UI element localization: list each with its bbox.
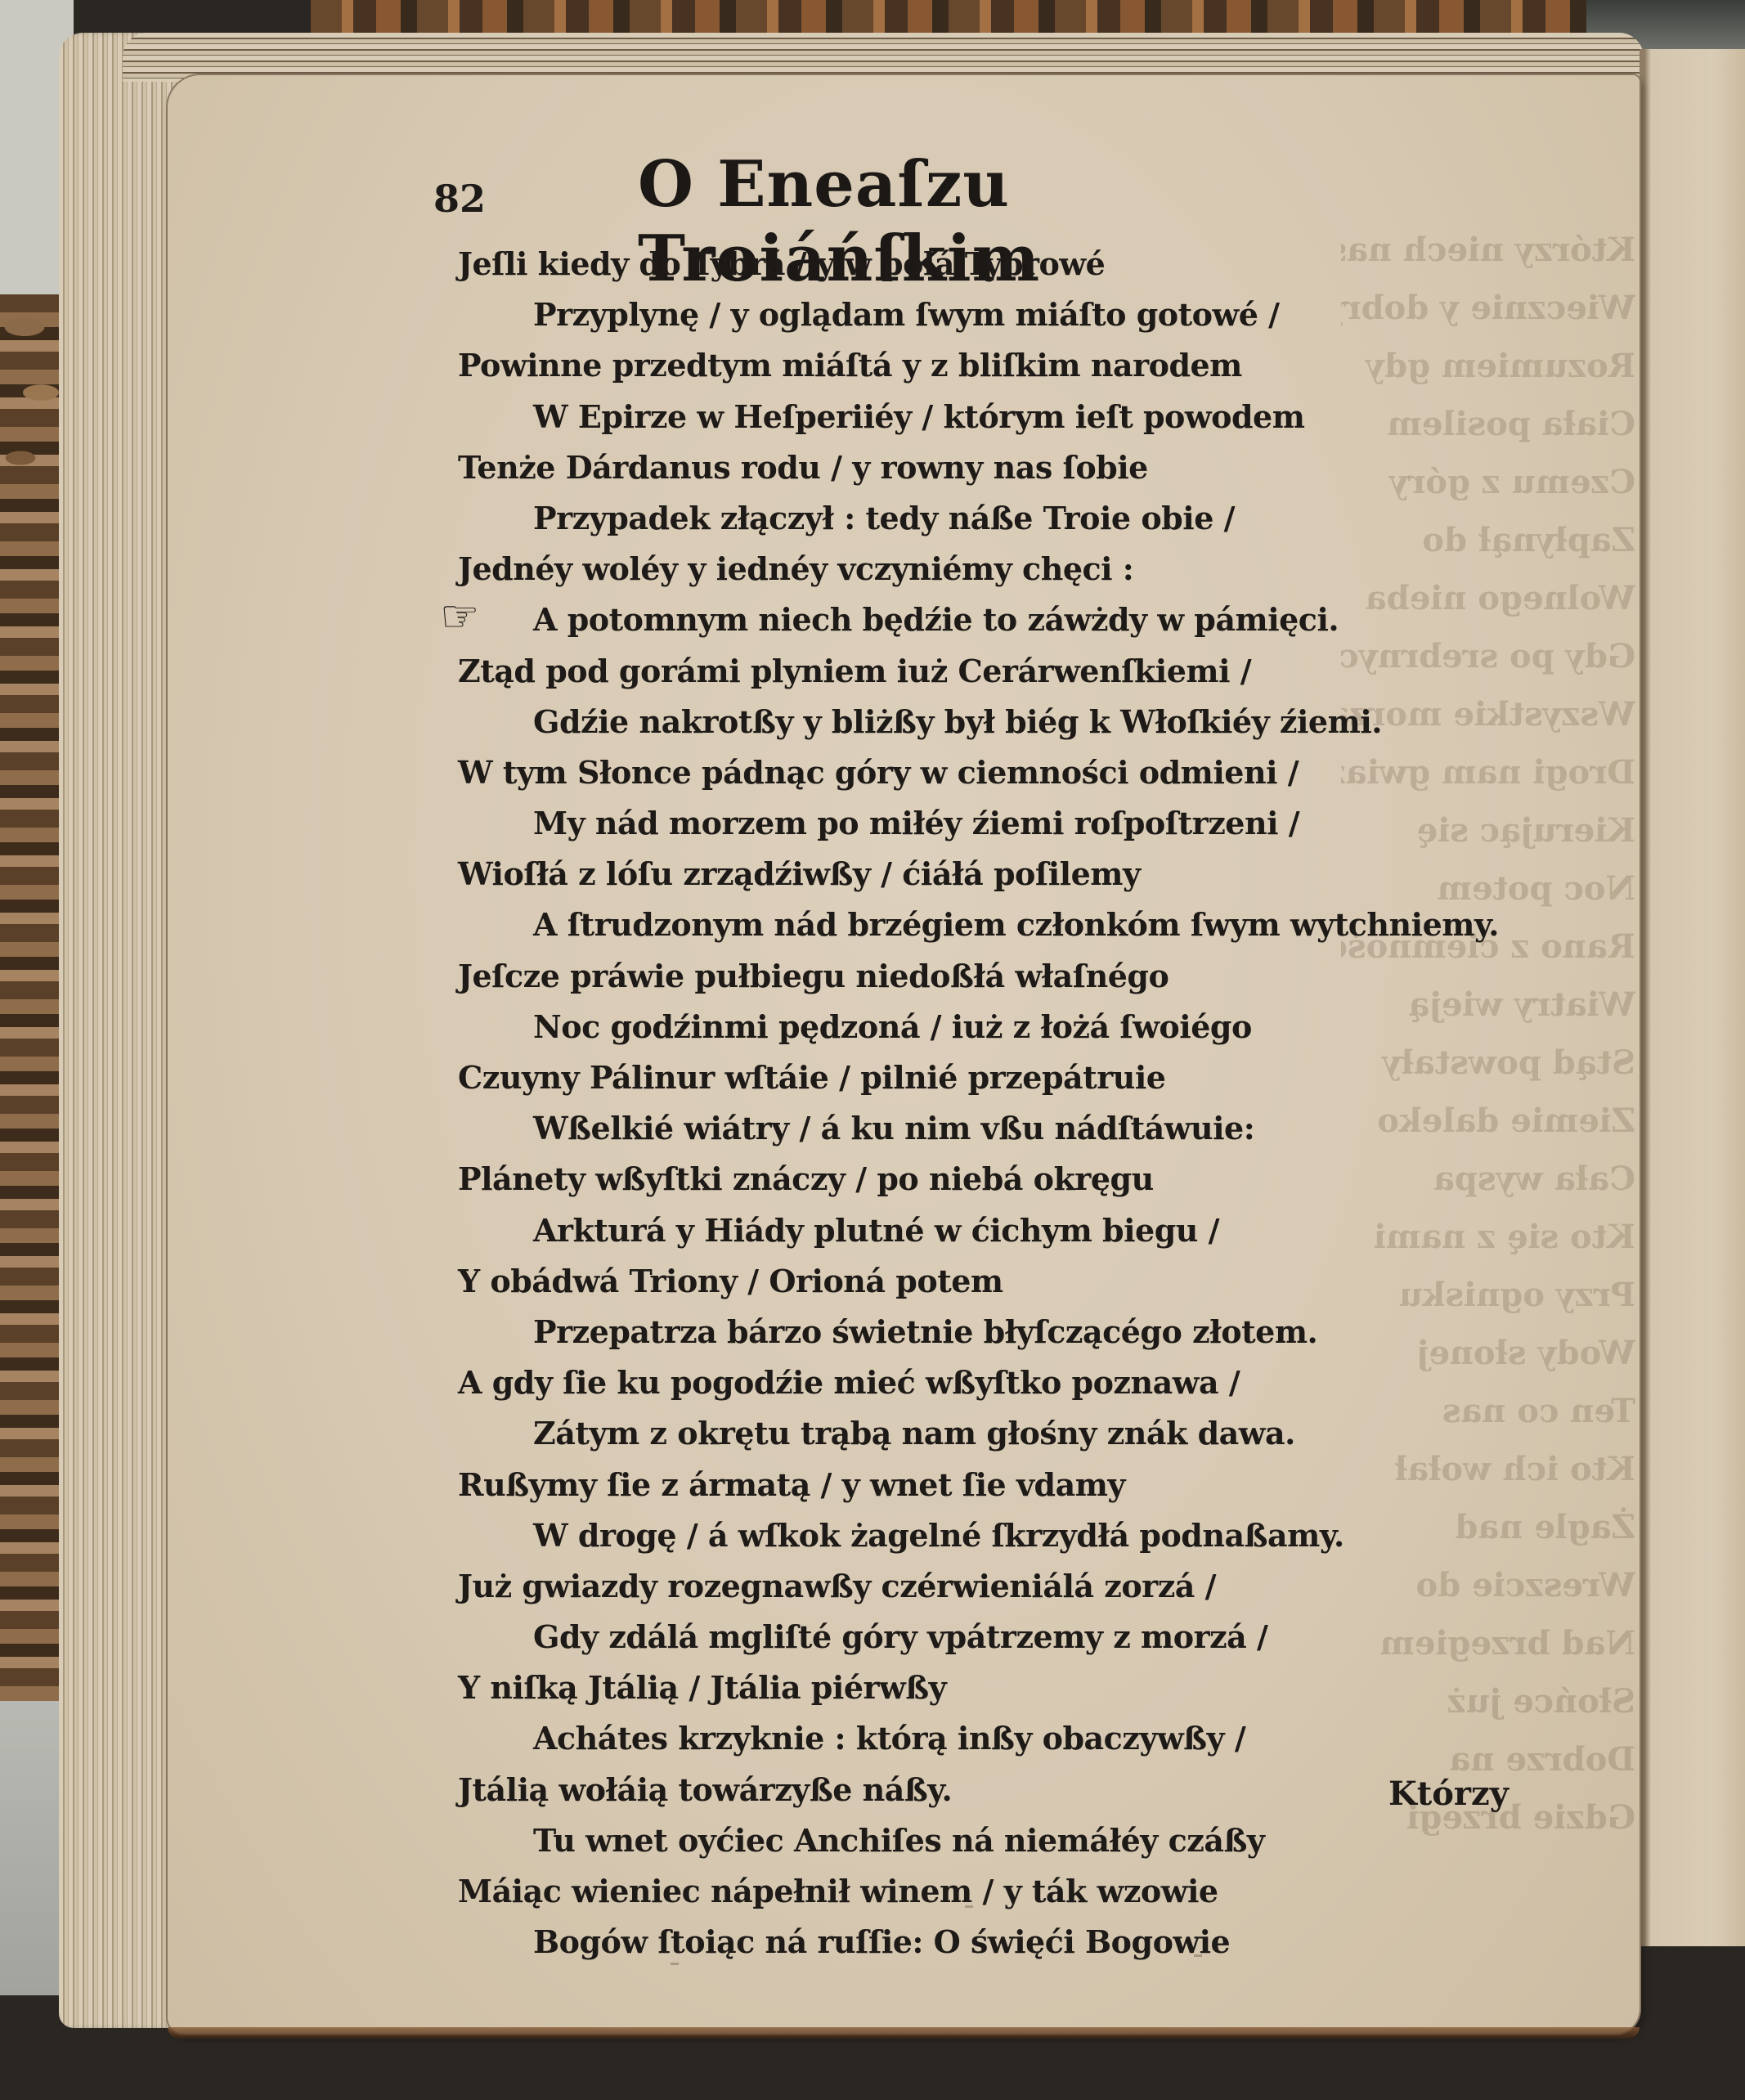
verse-line: Y niſką Jtálią / Jtália piérwßy [458, 1662, 1537, 1713]
verse-line: Máiąc wieniec nápełnił winem / y ták wzo… [458, 1866, 1537, 1917]
marbled-endpaper [0, 294, 67, 1701]
verse-line: Gdźie nakrotßy y bliżßy był biég k Włoſk… [458, 697, 1537, 747]
verse-line: Ztąd pod gorámi plyniem iuż Cerárwenſkie… [458, 646, 1537, 697]
verse-line: Przypadek złączył : tedy náße Troie obie… [458, 493, 1537, 544]
verse-line: Przyplynę / y oglądam ſwym miáſto gotowé… [458, 289, 1537, 340]
verse-line: W drogę / á wſkok żagelné ſkrzydłá podna… [458, 1510, 1537, 1561]
verse-line: Y obádwá Triony / Orioná potem [458, 1256, 1537, 1307]
verse-line: A gdy ſie ku pogodźie mieć wßyſtko pozna… [458, 1357, 1537, 1408]
catchword: Którzy [1388, 1775, 1509, 1813]
verse-line: Jednéy woléy y iednéy vczyniémy chęci : [458, 544, 1537, 595]
verse-line: Jeſcze práwie pułbiegu niedoßłá właſnégo [458, 951, 1537, 1002]
paper-speck [1194, 1954, 1202, 1957]
verse-line: Bogów ſtoiąc ná ruſſie: O święći Bogowie [458, 1917, 1537, 1968]
verse-line: Wioſłá z lóſu zrządźiwßy / ćiáłá poſilem… [458, 849, 1537, 900]
verse-line: Rußymy ſie z ármatą / y wnet ſie vdamy [458, 1460, 1537, 1510]
verse-line: Powinne przedtym miáſtá y z bliſkim naro… [458, 340, 1537, 391]
verse-line: My nád morzem po miłéy źiemi roſpoſtrzen… [458, 798, 1537, 849]
paper-speck [965, 1905, 973, 1908]
verse-line: Zátym z okrętu trąbą nam głośny znák daw… [458, 1408, 1537, 1459]
verse-line: Gdy zdálá mgliſté góry vpátrzemy z morzá… [458, 1612, 1537, 1662]
verse-line: Już gwiazdy rozegnawßy czérwieniálá zorz… [458, 1561, 1537, 1612]
verse-line: Przepatrza bárzo świetnie błyſczącégo zł… [458, 1307, 1537, 1357]
verse-text-block: Jeſli kiedy do Tybrá / y w polá Tybrowé … [458, 239, 1537, 1968]
paper-speck [671, 1963, 679, 1965]
verse-line: Noc godźinmi pędzoná / iuż z łożá ſwoiég… [458, 1002, 1537, 1052]
verse-line: Wßelkié wiátry / á ku nim vßu nádſtáwuie… [458, 1103, 1537, 1154]
verse-line: W tym Słonce pádnąc góry w ciemności odm… [458, 747, 1537, 798]
verse-line: A ſtrudzonym nád brzégiem członkóm ſwym … [458, 900, 1537, 950]
verse-line: Czuyny Pálinur wſtáie / pilnié przepátru… [458, 1052, 1537, 1103]
verse-line: Jtálią wołáią towárzyße náßy. [458, 1765, 1537, 1815]
page-number: 82 [433, 177, 486, 221]
verse-line: Tenże Dárdanus rodu / y rowny nas ſobie [458, 442, 1537, 493]
verse-line: Jeſli kiedy do Tybrá / y w polá Tybrowé [458, 239, 1537, 289]
verse-line: Achátes krzyknie : którą inßy obaczywßy … [458, 1713, 1537, 1764]
facing-page-gutter [1640, 49, 1745, 1946]
verse-line: Plánety wßyſtki znáczy / po niebá okręgu [458, 1154, 1537, 1205]
verse-line: A potomnym niech będźie to záwżdy w pámi… [458, 595, 1537, 645]
verse-line: Tu wnet oyćiec Anchiſes ná niemáłéy czáß… [458, 1815, 1537, 1866]
page-stack-top-edge [123, 33, 1644, 82]
verse-line: Arkturá y Hiády plutné w ćichym biegu / [458, 1205, 1537, 1256]
verse-line: W Epirze w Heſperiiéy / którym ieſt powo… [458, 392, 1537, 442]
marbled-cover-top [311, 0, 1586, 34]
page-header: 82 O Eneaſzu Troiáńſkim [433, 147, 1366, 237]
